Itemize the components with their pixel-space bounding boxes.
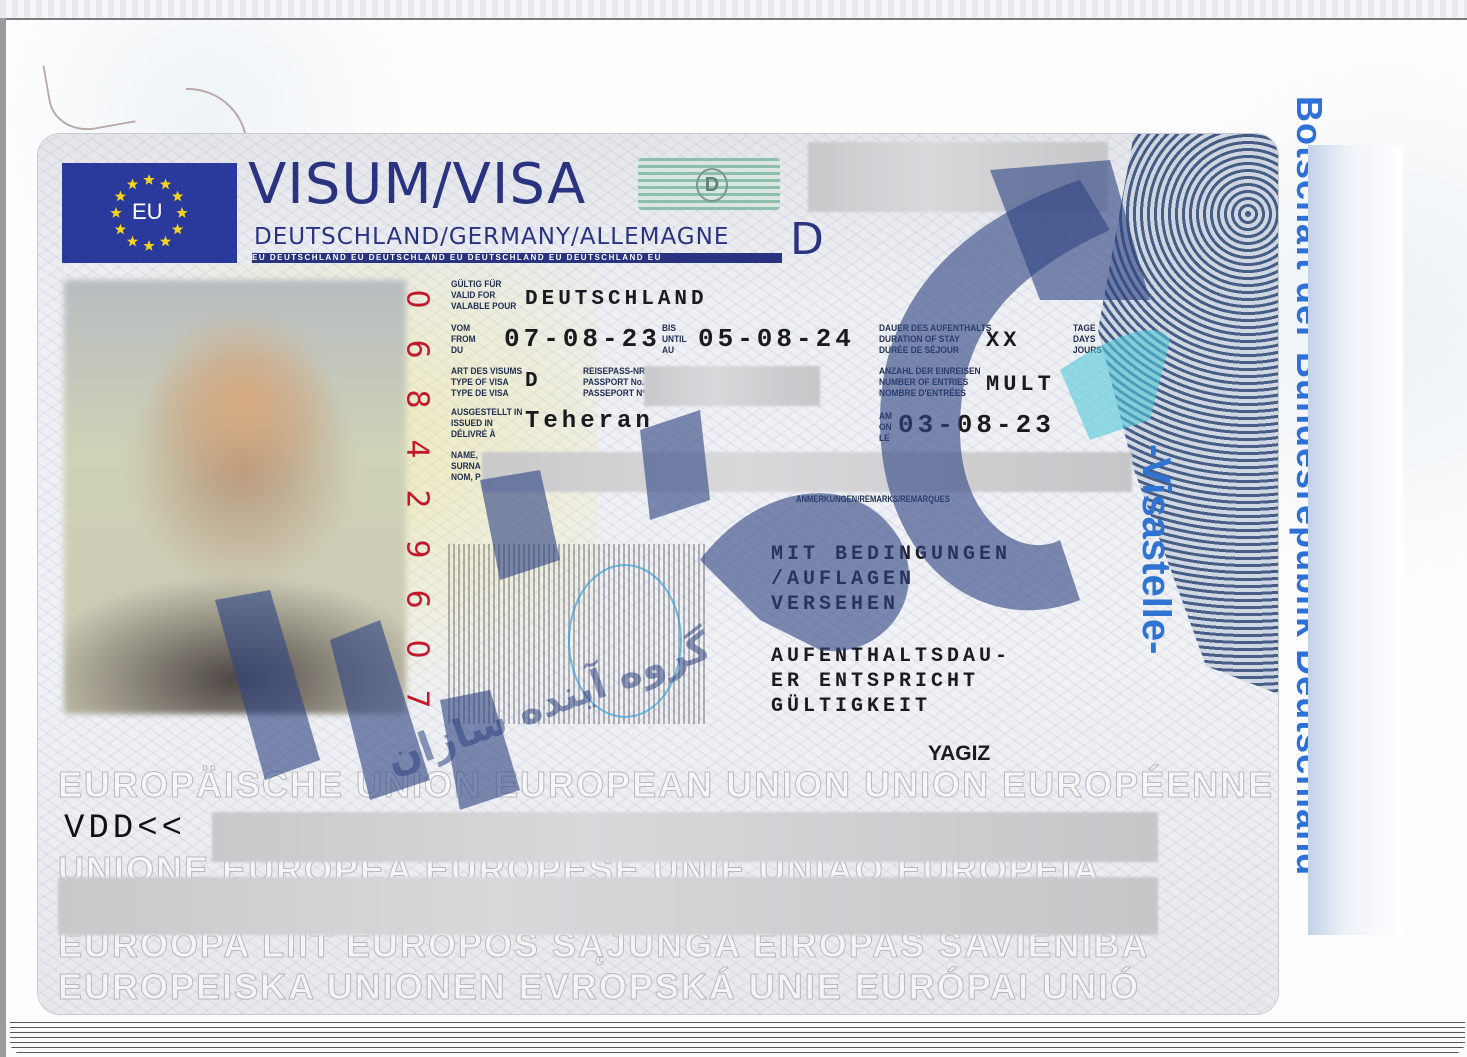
- label-from: VOM FROM DU: [451, 323, 476, 356]
- label-type-of-visa: ART DES VISUMS TYPE OF VISA TYPE DE VISA: [451, 366, 522, 399]
- passport-page-top-edge: [0, 0, 1467, 20]
- label-name: NAME, SURNA NOM, P: [451, 450, 481, 483]
- visastelle-stamp: -Visastelle-: [1133, 444, 1178, 655]
- remark-line: MIT BEDINGUNGEN: [771, 542, 1011, 567]
- serial-digit: 0: [402, 289, 432, 308]
- label-issued-in: AUSGESTELLT IN ISSUED IN DÉLIVRÉ À: [451, 407, 522, 440]
- label-valid-for: GÜLTIG FÜR VALID FOR VALABLE POUR: [451, 279, 516, 312]
- holder-photo-blurred: [64, 280, 406, 714]
- serial-digit: 6: [402, 589, 432, 608]
- redacted-mrz-line-1: [212, 812, 1158, 862]
- serial-digit: 8: [402, 389, 432, 408]
- hologram-letter: D: [696, 168, 728, 202]
- serial-digit: 2: [402, 489, 432, 508]
- label-until: BIS UNTIL AU: [662, 323, 687, 356]
- value-issued-on: 03-08-23: [898, 410, 1055, 440]
- eu-background-band: EUROPEISKA UNIONEN EVROPSKÁ UNIE EURÓPAI…: [58, 966, 1140, 1008]
- remarks-title: ANMERKUNGEN/REMARKS/REMARQUES: [796, 494, 950, 504]
- mrz-line-1-prefix: VDD<<: [64, 810, 186, 848]
- value-duration: XX: [986, 328, 1020, 353]
- remark-line: ER ENTSPRICHT: [771, 669, 979, 694]
- remark-line: GÜLTIGKEIT: [771, 694, 931, 719]
- visa-country: DEUTSCHLAND/GERMANY/ALLEMAGNE: [254, 224, 729, 250]
- remark-line: /AUFLAGEN: [771, 567, 915, 592]
- label-passport-no: REISEPASS-NR. PASSPORT No. PASSEPORT N°: [583, 366, 647, 399]
- eu-deutschland-band: EU DEUTSCHLAND EU DEUTSCHLAND EU DEUTSCH…: [252, 253, 782, 263]
- passport-page-stack: [10, 1018, 1465, 1054]
- redacted-passport-number: [644, 366, 820, 406]
- value-from: 07-08-23: [504, 324, 661, 354]
- signer-name: YAGIZ: [928, 742, 990, 766]
- serial-digit: 7: [402, 689, 432, 708]
- redacted-stamp-area: [1308, 145, 1403, 935]
- serial-digit: 4: [402, 439, 432, 458]
- security-pattern: [1098, 134, 1278, 694]
- value-valid-for: DEUTSCHLAND: [525, 288, 708, 311]
- visa-serial-number: 068429607: [402, 284, 432, 714]
- hologram: D: [638, 158, 780, 210]
- value-entries: MULT: [986, 372, 1055, 397]
- visa-sticker: EUROPÄISCHE UNION EUROPEAN UNION UNION E…: [38, 134, 1278, 1014]
- label-duration-unit: TAGE DAYS JOURS: [1073, 323, 1102, 356]
- label-issued-on: AM ON LE: [879, 411, 892, 444]
- value-type-of-visa: D: [525, 370, 542, 393]
- redacted-name: [482, 452, 1132, 492]
- redacted-mrz-line-2: [58, 877, 1158, 935]
- eu-background-band: EUROPÄISCHE UNION EUROPEAN UNION UNION E…: [58, 764, 1274, 806]
- value-issued-in: Teheran: [525, 408, 654, 435]
- eu-flag: EU: [62, 163, 237, 263]
- remark-line: VERSEHEN: [771, 592, 899, 617]
- decorative-line: [42, 51, 135, 136]
- remark-line: AUFENTHALTSDAU-: [771, 644, 1011, 669]
- value-until: 05-08-24: [698, 324, 855, 354]
- issuing-state-code: D: [790, 214, 824, 265]
- serial-digit: 6: [402, 339, 432, 358]
- serial-digit: 0: [402, 639, 432, 658]
- label-entries: ANZAHL DER EINREISEN NUMBER OF ENTRIES N…: [879, 366, 981, 399]
- visa-title: VISUM/VISA: [248, 152, 586, 217]
- redacted-field: [808, 142, 1108, 212]
- eu-flag-label: EU: [132, 199, 163, 225]
- serial-digit: 9: [402, 539, 432, 558]
- label-duration: DAUER DES AUFENTHALTS DURATION OF STAY D…: [879, 323, 991, 356]
